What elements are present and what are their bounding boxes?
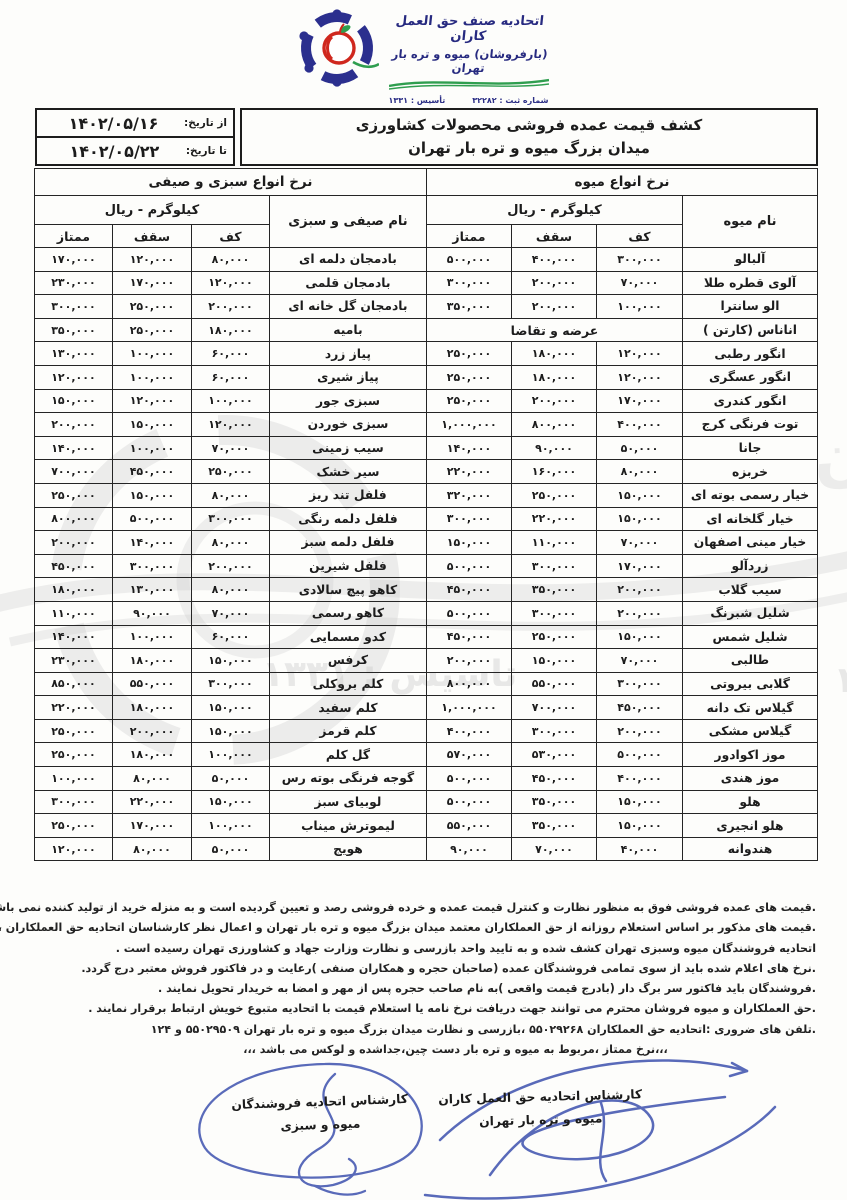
- logo-text-block: اتحادیه صنف حق العمل کاران (بارفروشان) م…: [385, 6, 553, 105]
- veg-name-cell: بامیه: [269, 318, 426, 342]
- veg-floor-price: ۱۲۰,۰۰۰: [191, 413, 269, 437]
- fruit-premium-price: ۱,۰۰۰,۰۰۰: [426, 696, 511, 720]
- veg-ceiling-price: ۲۵۰,۰۰۰: [112, 318, 191, 342]
- veg-ceiling-price: ۲۵۰,۰۰۰: [112, 295, 191, 319]
- fruit-ceiling-price: ۳۰۰,۰۰۰: [512, 554, 597, 578]
- fruit-name-cell: گیلاس مشکی: [683, 719, 818, 743]
- veg-premium-price: ۱۴۰,۰۰۰: [34, 625, 112, 649]
- veg-premium-price: ۴۵۰,۰۰۰: [34, 554, 112, 578]
- price-row: توت فرنگی کرج۴۰۰,۰۰۰۸۰۰,۰۰۰۱,۰۰۰,۰۰۰سبزی…: [34, 413, 817, 437]
- fruit-floor-price: ۱۵۰,۰۰۰: [597, 625, 683, 649]
- fruit-floor-price: ۱۵۰,۰۰۰: [597, 790, 683, 814]
- fruit-premium-price: ۵۰۰,۰۰۰: [426, 767, 511, 791]
- logo-established: تأسیس : ۱۳۳۱: [389, 96, 446, 105]
- veg-premium-price: ۱۴۰,۰۰۰: [34, 436, 112, 460]
- fruit-floor-price: ۵۰۰,۰۰۰: [597, 743, 683, 767]
- veg-premium-price: ۲۵۰,۰۰۰: [34, 483, 112, 507]
- veg-name-cell: فلفل دلمه سبز: [269, 531, 426, 555]
- veg-ceiling-price: ۴۵۰,۰۰۰: [112, 460, 191, 484]
- fruit-name-cell: هلو انجیری: [683, 814, 818, 838]
- fruit-ceiling-price: ۱۱۰,۰۰۰: [512, 531, 597, 555]
- veg-floor-price: ۱۲۰,۰۰۰: [191, 271, 269, 295]
- veg-premium-price: ۲۰۰,۰۰۰: [34, 413, 112, 437]
- veg-floor-price: ۱۰۰,۰۰۰: [191, 389, 269, 413]
- fruit-floor-price: ۷۰,۰۰۰: [597, 649, 683, 673]
- veg-name-cell: سبزی جور: [269, 389, 426, 413]
- fruit-ceiling-price: ۷۰,۰۰۰: [512, 837, 597, 861]
- fruit-premium-price: ۵۵۰,۰۰۰: [426, 814, 511, 838]
- fruit-premium-price: ۴۵۰,۰۰۰: [426, 578, 511, 602]
- veg-floor-price: ۱۰۰,۰۰۰: [191, 814, 269, 838]
- fruit-name-cell: طالبی: [683, 649, 818, 673]
- price-row: انگور عسگری۱۲۰,۰۰۰۱۸۰,۰۰۰۲۵۰,۰۰۰پیاز شیر…: [34, 365, 817, 389]
- price-row: انگور کندری۱۷۰,۰۰۰۲۰۰,۰۰۰۲۵۰,۰۰۰سبزی جور…: [34, 389, 817, 413]
- to-date-label: تا تاریخ:: [186, 145, 227, 157]
- price-row: گلابی بیروتی۳۰۰,۰۰۰۵۵۰,۰۰۰۸۰۰,۰۰۰کلم برو…: [34, 672, 817, 696]
- fruit-name-cell: موز اکوادور: [683, 743, 818, 767]
- fruit-name-cell: هلو: [683, 790, 818, 814]
- fruit-floor-price: ۱۵۰,۰۰۰: [597, 507, 683, 531]
- fruit-ceiling-price: ۲۵۰,۰۰۰: [512, 483, 597, 507]
- fruit-premium-price: ۲۵۰,۰۰۰: [426, 342, 511, 366]
- veg-name-cell: گوجه فرنگی بوته رس: [269, 767, 426, 791]
- fruit-ceiling-price: ۲۰۰,۰۰۰: [512, 389, 597, 413]
- fruit-floor-price: ۱۷۰,۰۰۰: [597, 554, 683, 578]
- veg-ceiling-price: ۸۰,۰۰۰: [112, 837, 191, 861]
- fruit-floor-price: ۷۰,۰۰۰: [597, 271, 683, 295]
- veg-ceiling-price: ۲۰۰,۰۰۰: [112, 719, 191, 743]
- fruit-floor-price: ۱۵۰,۰۰۰: [597, 483, 683, 507]
- veg-premium-price: ۲۵۰,۰۰۰: [34, 743, 112, 767]
- fruit-premium-price: ۳۰۰,۰۰۰: [426, 507, 511, 531]
- document-title-line1: کشف قیمت عمده فروشی محصولات کشاورزی: [356, 114, 703, 137]
- veg-floor-price: ۱۰۰,۰۰۰: [191, 743, 269, 767]
- title-section: کشف قیمت عمده فروشی محصولات کشاورزی میدا…: [35, 108, 818, 166]
- document-page: حق العمل کاران شماره ثبت : ۳۲۲۸۲ تاسیس :…: [0, 0, 847, 1200]
- fruit-premium-header: ممتاز: [426, 225, 511, 248]
- veg-name-cell: سبزی خوردن: [269, 413, 426, 437]
- veg-premium-price: ۱۸۰,۰۰۰: [34, 578, 112, 602]
- price-row: موز اکوادور۵۰۰,۰۰۰۵۳۰,۰۰۰۵۷۰,۰۰۰گل کلم۱۰…: [34, 743, 817, 767]
- fruit-name-cell: انگور عسگری: [683, 365, 818, 389]
- veg-premium-price: ۲۳۰,۰۰۰: [34, 271, 112, 295]
- fruit-ceiling-price: ۳۵۰,۰۰۰: [512, 790, 597, 814]
- veg-floor-price: ۱۵۰,۰۰۰: [191, 719, 269, 743]
- veg-premium-price: ۸۰۰,۰۰۰: [34, 507, 112, 531]
- logo-org-line2: (بارفروشان) میوه و تره بار تهران: [383, 47, 554, 75]
- fruit-ceiling-price: ۴۵۰,۰۰۰: [512, 767, 597, 791]
- price-row: جانا۵۰,۰۰۰۹۰,۰۰۰۱۴۰,۰۰۰سیب زمینی۷۰,۰۰۰۱۰…: [34, 436, 817, 460]
- fruit-floor-price: ۴۰۰,۰۰۰: [597, 413, 683, 437]
- fruit-premium-price: ۲۵۰,۰۰۰: [426, 365, 511, 389]
- note-line: .قیمت های مذکور بر اساس استعلام روزانه ا…: [35, 918, 816, 938]
- price-row: آلوی قطره طلا۷۰,۰۰۰۲۰۰,۰۰۰۳۰۰,۰۰۰بادمجان…: [34, 271, 817, 295]
- fruit-name-cell: اناناس (کارتن ): [683, 318, 818, 342]
- veg-ceiling-price: ۱۰۰,۰۰۰: [112, 365, 191, 389]
- fruit-name-cell: زردآلو: [683, 554, 818, 578]
- veg-premium-price: ۲۵۰,۰۰۰: [34, 719, 112, 743]
- fruit-floor-price: ۱۰۰,۰۰۰: [597, 295, 683, 319]
- price-row: گیلاس مشکی۲۰۰,۰۰۰۳۰۰,۰۰۰۴۰۰,۰۰۰کلم قرمز۱…: [34, 719, 817, 743]
- price-row: خیار رسمی بوته ای۱۵۰,۰۰۰۲۵۰,۰۰۰۳۲۰,۰۰۰فل…: [34, 483, 817, 507]
- veg-name-cell: پیاز زرد: [269, 342, 426, 366]
- document-title-box: کشف قیمت عمده فروشی محصولات کشاورزی میدا…: [240, 108, 818, 166]
- to-date-row: تا تاریخ: ۱۴۰۲/۰۵/۲۲: [37, 136, 233, 164]
- price-row: سیب گلاب۲۰۰,۰۰۰۳۵۰,۰۰۰۴۵۰,۰۰۰کاهو پیچ سا…: [34, 578, 817, 602]
- veg-ceiling-price: ۱۴۰,۰۰۰: [112, 531, 191, 555]
- note-line: .فروشندگان باید فاکتور سر برگ دار (بادرج…: [35, 979, 816, 999]
- veg-ceiling-price: ۱۸۰,۰۰۰: [112, 743, 191, 767]
- veg-ceiling-price: ۲۲۰,۰۰۰: [112, 790, 191, 814]
- veg-floor-price: ۳۰۰,۰۰۰: [191, 672, 269, 696]
- fruit-name-cell: آلبالو: [683, 248, 818, 272]
- veg-floor-price: ۱۵۰,۰۰۰: [191, 696, 269, 720]
- notes-list: .قیمت های عمده فروشی فوق به منظور نظارت …: [35, 898, 816, 1060]
- fruit-premium-price: ۳۲۰,۰۰۰: [426, 483, 511, 507]
- fruit-name-cell: خیار رسمی بوته ای: [683, 483, 818, 507]
- fruit-ceiling-price: ۵۵۰,۰۰۰: [512, 672, 597, 696]
- fruit-ceiling-price: ۲۲۰,۰۰۰: [512, 507, 597, 531]
- veg-floor-price: ۵۰,۰۰۰: [191, 767, 269, 791]
- veg-premium-price: ۱۰۰,۰۰۰: [34, 767, 112, 791]
- veg-floor-price: ۸۰,۰۰۰: [191, 578, 269, 602]
- veg-floor-price: ۱۵۰,۰۰۰: [191, 649, 269, 673]
- left-signature-label: کارشناس اتحادیه فروشندگان میوه و سبزی: [214, 1091, 425, 1135]
- note-line: .قیمت های عمده فروشی فوق به منظور نظارت …: [35, 898, 816, 918]
- fruit-premium-price: ۸۰۰,۰۰۰: [426, 672, 511, 696]
- veg-ceiling-price: ۱۸۰,۰۰۰: [112, 696, 191, 720]
- veg-name-cell: بادمجان گل خانه ای: [269, 295, 426, 319]
- veg-ceiling-price: ۱۵۰,۰۰۰: [112, 413, 191, 437]
- veg-name-cell: لوبیای سبز: [269, 790, 426, 814]
- fruit-ceiling-price: ۲۵۰,۰۰۰: [512, 625, 597, 649]
- price-row: زردآلو۱۷۰,۰۰۰۳۰۰,۰۰۰۵۰۰,۰۰۰فلفل شیرین۲۰۰…: [34, 554, 817, 578]
- veg-floor-price: ۶۰,۰۰۰: [191, 342, 269, 366]
- veg-floor-price: ۶۰,۰۰۰: [191, 365, 269, 389]
- fruit-ceiling-price: ۳۰۰,۰۰۰: [512, 719, 597, 743]
- fruit-ceiling-price: ۲۰۰,۰۰۰: [512, 295, 597, 319]
- fruit-premium-price: ۲۲۰,۰۰۰: [426, 460, 511, 484]
- veg-floor-price: ۱۸۰,۰۰۰: [191, 318, 269, 342]
- price-row: خیار گلخانه ای۱۵۰,۰۰۰۲۲۰,۰۰۰۳۰۰,۰۰۰فلفل …: [34, 507, 817, 531]
- fruit-premium-price: ۱۵۰,۰۰۰: [426, 531, 511, 555]
- veg-premium-price: ۱۲۰,۰۰۰: [34, 837, 112, 861]
- fruit-ceiling-price: ۱۵۰,۰۰۰: [512, 649, 597, 673]
- fruit-premium-price: ۳۰۰,۰۰۰: [426, 271, 511, 295]
- veg-name-cell: بادمجان قلمی: [269, 271, 426, 295]
- fruit-ceiling-price: ۵۳۰,۰۰۰: [512, 743, 597, 767]
- fruit-ceiling-price: ۱۶۰,۰۰۰: [512, 460, 597, 484]
- fruit-floor-price: ۵۰,۰۰۰: [597, 436, 683, 460]
- veg-floor-price: ۸۰,۰۰۰: [191, 248, 269, 272]
- fruit-name-cell: جانا: [683, 436, 818, 460]
- veg-premium-price: ۳۵۰,۰۰۰: [34, 318, 112, 342]
- svg-text:شماره ثبت : ۳۲۲۸۲: شماره ثبت : ۳۲۲۸۲: [838, 660, 847, 701]
- fruit-ceiling-price: ۱۸۰,۰۰۰: [512, 365, 597, 389]
- veg-premium-price: ۲۰۰,۰۰۰: [34, 531, 112, 555]
- price-table-body: آلبالو۳۰۰,۰۰۰۴۰۰,۰۰۰۵۰۰,۰۰۰بادمجان دلمه …: [34, 248, 817, 861]
- fruit-name-cell: الو سانترا: [683, 295, 818, 319]
- fruit-ceiling-price: ۳۵۰,۰۰۰: [512, 578, 597, 602]
- fruit-floor-price: ۱۵۰,۰۰۰: [597, 814, 683, 838]
- fruit-name-cell: انگور رطبی: [683, 342, 818, 366]
- veg-premium-price: ۲۳۰,۰۰۰: [34, 649, 112, 673]
- veg-ceiling-price: ۱۷۰,۰۰۰: [112, 814, 191, 838]
- veg-premium-header: ممتاز: [34, 225, 112, 248]
- veg-name-cell: فلفل دلمه رنگی: [269, 507, 426, 531]
- fruit-premium-price: ۹۰,۰۰۰: [426, 837, 511, 861]
- veg-premium-price: ۱۲۰,۰۰۰: [34, 365, 112, 389]
- fruit-ceiling-price: ۹۰,۰۰۰: [512, 436, 597, 460]
- price-row: خربزه۸۰,۰۰۰۱۶۰,۰۰۰۲۲۰,۰۰۰سیر خشک۲۵۰,۰۰۰۴…: [34, 460, 817, 484]
- logo-org-line1: اتحادیه صنف حق العمل کاران: [383, 14, 554, 44]
- veg-ceiling-price: ۹۰,۰۰۰: [112, 601, 191, 625]
- veg-ceiling-price: ۵۵۰,۰۰۰: [112, 672, 191, 696]
- union-logo: اتحادیه صنف حق العمل کاران (بارفروشان) م…: [0, 6, 847, 98]
- veg-floor-price: ۳۰۰,۰۰۰: [191, 507, 269, 531]
- price-row: هلو انجیری۱۵۰,۰۰۰۳۵۰,۰۰۰۵۵۰,۰۰۰لیموترش م…: [34, 814, 817, 838]
- veg-ceiling-price: ۱۷۰,۰۰۰: [112, 271, 191, 295]
- price-row: طالبی۷۰,۰۰۰۱۵۰,۰۰۰۲۰۰,۰۰۰کرفس۱۵۰,۰۰۰۱۸۰,…: [34, 649, 817, 673]
- veg-premium-price: ۳۰۰,۰۰۰: [34, 790, 112, 814]
- veg-ceiling-price: ۱۰۰,۰۰۰: [112, 436, 191, 460]
- veg-ceiling-price: ۸۰,۰۰۰: [112, 767, 191, 791]
- fruit-ceiling-price: ۷۰۰,۰۰۰: [512, 696, 597, 720]
- veg-name-cell: بادمجان دلمه ای: [269, 248, 426, 272]
- veg-premium-price: ۱۷۰,۰۰۰: [34, 248, 112, 272]
- veg-name-cell: پیاز شیری: [269, 365, 426, 389]
- veg-premium-price: ۲۵۰,۰۰۰: [34, 814, 112, 838]
- fruit-unit-header: کیلوگرم - ریال: [426, 196, 682, 225]
- veg-floor-price: ۵۰,۰۰۰: [191, 837, 269, 861]
- price-row: موز هندی۴۰۰,۰۰۰۴۵۰,۰۰۰۵۰۰,۰۰۰گوجه فرنگی …: [34, 767, 817, 791]
- veg-ceiling-header: سقف: [112, 225, 191, 248]
- fruit-floor-header: کف: [597, 225, 683, 248]
- veg-ceiling-price: ۱۵۰,۰۰۰: [112, 483, 191, 507]
- fruit-floor-price: ۱۲۰,۰۰۰: [597, 342, 683, 366]
- supply-demand-cell: عرضه و تقاضا: [426, 318, 682, 342]
- fruit-premium-price: ۳۵۰,۰۰۰: [426, 295, 511, 319]
- fruit-name-cell: توت فرنگی کرج: [683, 413, 818, 437]
- from-date-row: از تاریخ: ۱۴۰۲/۰۵/۱۶: [37, 110, 233, 136]
- fruit-floor-price: ۷۰,۰۰۰: [597, 531, 683, 555]
- price-row: شلیل شمس۱۵۰,۰۰۰۲۵۰,۰۰۰۴۵۰,۰۰۰کدو مسمایی۶…: [34, 625, 817, 649]
- note-line: .نرخ های اعلام شده باید از سوی تمامی فرو…: [35, 959, 816, 979]
- veg-floor-price: ۱۵۰,۰۰۰: [191, 790, 269, 814]
- fruit-floor-price: ۱۲۰,۰۰۰: [597, 365, 683, 389]
- veg-name-cell: کلم بروکلی: [269, 672, 426, 696]
- veg-ceiling-price: ۱۳۰,۰۰۰: [112, 578, 191, 602]
- note-line: .حق العملکاران و میوه فروشان محترم می تو…: [35, 999, 816, 1019]
- veg-floor-header: کف: [191, 225, 269, 248]
- veg-premium-price: ۲۲۰,۰۰۰: [34, 696, 112, 720]
- date-range-box: از تاریخ: ۱۴۰۲/۰۵/۱۶ تا تاریخ: ۱۴۰۲/۰۵/۲…: [35, 108, 235, 166]
- veg-name-cell: فلفل شیرین: [269, 554, 426, 578]
- document-title-line2: میدان بزرگ میوه و تره بار تهران: [408, 137, 650, 160]
- fruit-floor-price: ۳۰۰,۰۰۰: [597, 248, 683, 272]
- right-signature-label: کارشناس اتحادیه حق العمل کاران میوه و تر…: [428, 1087, 654, 1130]
- fruit-floor-price: ۳۰۰,۰۰۰: [597, 672, 683, 696]
- note-line: اتحادیه فروشندگان میوه وسبزی تهران کشف ش…: [35, 939, 816, 959]
- veg-floor-price: ۲۵۰,۰۰۰: [191, 460, 269, 484]
- fruit-ceiling-price: ۳۰۰,۰۰۰: [512, 601, 597, 625]
- signature-section: کارشناس اتحادیه حق العمل کاران میوه و تر…: [0, 1045, 847, 1200]
- veg-ceiling-price: ۳۰۰,۰۰۰: [112, 554, 191, 578]
- veg-floor-price: ۲۰۰,۰۰۰: [191, 554, 269, 578]
- fruit-name-cell: گلابی بیروتی: [683, 672, 818, 696]
- fruit-floor-price: ۱۷۰,۰۰۰: [597, 389, 683, 413]
- veg-name-cell: کلم سفید: [269, 696, 426, 720]
- veg-floor-price: ۸۰,۰۰۰: [191, 531, 269, 555]
- veg-ceiling-price: ۱۲۰,۰۰۰: [112, 248, 191, 272]
- veg-name-cell: فلفل تند ریز: [269, 483, 426, 507]
- fruit-floor-price: ۲۰۰,۰۰۰: [597, 578, 683, 602]
- fruit-ceiling-price: ۴۰۰,۰۰۰: [512, 248, 597, 272]
- veg-ceiling-price: ۱۰۰,۰۰۰: [112, 342, 191, 366]
- fruit-name-column-header: نام میوه: [683, 196, 818, 248]
- price-row: هندوانه۴۰,۰۰۰۷۰,۰۰۰۹۰,۰۰۰هویج۵۰,۰۰۰۸۰,۰۰…: [34, 837, 817, 861]
- price-row: الو سانترا۱۰۰,۰۰۰۲۰۰,۰۰۰۳۵۰,۰۰۰بادمجان گ…: [34, 295, 817, 319]
- price-row: آلبالو۳۰۰,۰۰۰۴۰۰,۰۰۰۵۰۰,۰۰۰بادمجان دلمه …: [34, 248, 817, 272]
- veg-name-cell: کاهو پیچ سالادی: [269, 578, 426, 602]
- veg-floor-price: ۶۰,۰۰۰: [191, 625, 269, 649]
- veg-ceiling-price: ۱۸۰,۰۰۰: [112, 649, 191, 673]
- logo-registration: شماره ثبت : ۳۲۲۸۲: [472, 96, 548, 105]
- fruit-section-header: نرخ انواع میوه: [426, 169, 817, 196]
- price-row: اناناس (کارتن )عرضه و تقاضابامیه۱۸۰,۰۰۰۲…: [34, 318, 817, 342]
- fruit-ceiling-price: ۱۸۰,۰۰۰: [512, 342, 597, 366]
- price-row: شلیل شبرنگ۲۰۰,۰۰۰۳۰۰,۰۰۰۵۰۰,۰۰۰کاهو رسمی…: [34, 601, 817, 625]
- veg-section-header: نرخ انواع سبزی و صیفی: [34, 169, 426, 196]
- veg-ceiling-price: ۱۰۰,۰۰۰: [112, 625, 191, 649]
- veg-name-cell: کاهو رسمی: [269, 601, 426, 625]
- fruit-ceiling-price: ۸۰۰,۰۰۰: [512, 413, 597, 437]
- fruit-name-cell: آلوی قطره طلا: [683, 271, 818, 295]
- fruit-name-cell: سیب گلاب: [683, 578, 818, 602]
- price-row: هلو۱۵۰,۰۰۰۳۵۰,۰۰۰۵۰۰,۰۰۰لوبیای سبز۱۵۰,۰۰…: [34, 790, 817, 814]
- fruit-ceiling-header: سقف: [512, 225, 597, 248]
- fruit-premium-price: ۵۰۰,۰۰۰: [426, 248, 511, 272]
- union-emblem-icon: [295, 6, 379, 90]
- price-row: انگور رطبی۱۲۰,۰۰۰۱۸۰,۰۰۰۲۵۰,۰۰۰پیاز زرد۶…: [34, 342, 817, 366]
- from-date-label: از تاریخ:: [184, 117, 227, 129]
- fruit-name-cell: گیلاس تک دانه: [683, 696, 818, 720]
- fruit-name-cell: هندوانه: [683, 837, 818, 861]
- veg-premium-price: ۱۱۰,۰۰۰: [34, 601, 112, 625]
- veg-ceiling-price: ۵۰۰,۰۰۰: [112, 507, 191, 531]
- veg-name-cell: گل کلم: [269, 743, 426, 767]
- fruit-name-cell: خیار مینی اصفهان: [683, 531, 818, 555]
- fruit-premium-price: ۵۰۰,۰۰۰: [426, 790, 511, 814]
- veg-name-cell: کرفس: [269, 649, 426, 673]
- veg-name-cell: هویج: [269, 837, 426, 861]
- veg-unit-header: کیلوگرم - ریال: [34, 196, 269, 225]
- fruit-floor-price: ۴۰,۰۰۰: [597, 837, 683, 861]
- fruit-premium-price: ۵۰۰,۰۰۰: [426, 601, 511, 625]
- veg-name-cell: سیب زمینی: [269, 436, 426, 460]
- fruit-name-cell: شلیل شبرنگ: [683, 601, 818, 625]
- fruit-premium-price: ۱۴۰,۰۰۰: [426, 436, 511, 460]
- veg-name-cell: کلم قرمز: [269, 719, 426, 743]
- veg-premium-price: ۱۳۰,۰۰۰: [34, 342, 112, 366]
- fruit-floor-price: ۴۵۰,۰۰۰: [597, 696, 683, 720]
- fruit-premium-price: ۵۷۰,۰۰۰: [426, 743, 511, 767]
- veg-ceiling-price: ۱۲۰,۰۰۰: [112, 389, 191, 413]
- fruit-premium-price: ۵۰۰,۰۰۰: [426, 554, 511, 578]
- price-table-header: نرخ انواع میوه نرخ انواع سبزی و صیفی نام…: [34, 169, 817, 248]
- fruit-floor-price: ۴۰۰,۰۰۰: [597, 767, 683, 791]
- fruit-premium-price: ۴۰۰,۰۰۰: [426, 719, 511, 743]
- fruit-floor-price: ۲۰۰,۰۰۰: [597, 601, 683, 625]
- note-line: .تلفن های ضروری :اتحادیه حق العملکاران ۵…: [35, 1020, 816, 1040]
- fruit-premium-price: ۱,۰۰۰,۰۰۰: [426, 413, 511, 437]
- veg-floor-price: ۷۰,۰۰۰: [191, 601, 269, 625]
- veg-name-cell: لیموترش میناب: [269, 814, 426, 838]
- fruit-ceiling-price: ۲۰۰,۰۰۰: [512, 271, 597, 295]
- fruit-premium-price: ۴۵۰,۰۰۰: [426, 625, 511, 649]
- price-row: گیلاس تک دانه۴۵۰,۰۰۰۷۰۰,۰۰۰۱,۰۰۰,۰۰۰کلم …: [34, 696, 817, 720]
- fruit-name-cell: شلیل شمس: [683, 625, 818, 649]
- price-table: نرخ انواع میوه نرخ انواع سبزی و صیفی نام…: [34, 168, 818, 861]
- fruit-name-cell: خیار گلخانه ای: [683, 507, 818, 531]
- veg-premium-price: ۷۰۰,۰۰۰: [34, 460, 112, 484]
- veg-name-cell: سیر خشک: [269, 460, 426, 484]
- fruit-name-cell: خربزه: [683, 460, 818, 484]
- veg-premium-price: ۸۵۰,۰۰۰: [34, 672, 112, 696]
- from-date-value: ۱۴۰۲/۰۵/۱۶: [43, 114, 184, 133]
- fruit-floor-price: ۸۰,۰۰۰: [597, 460, 683, 484]
- fruit-premium-price: ۲۰۰,۰۰۰: [426, 649, 511, 673]
- fruit-floor-price: ۲۰۰,۰۰۰: [597, 719, 683, 743]
- to-date-value: ۱۴۰۲/۰۵/۲۲: [43, 142, 186, 161]
- veg-floor-price: ۸۰,۰۰۰: [191, 483, 269, 507]
- fruit-ceiling-price: ۳۵۰,۰۰۰: [512, 814, 597, 838]
- veg-premium-price: ۳۰۰,۰۰۰: [34, 295, 112, 319]
- fruit-name-cell: موز هندی: [683, 767, 818, 791]
- price-row: خیار مینی اصفهان۷۰,۰۰۰۱۱۰,۰۰۰۱۵۰,۰۰۰فلفل…: [34, 531, 817, 555]
- veg-premium-price: ۱۵۰,۰۰۰: [34, 389, 112, 413]
- veg-name-column-header: نام صیفی و سبزی: [269, 196, 426, 248]
- veg-floor-price: ۲۰۰,۰۰۰: [191, 295, 269, 319]
- fruit-premium-price: ۲۵۰,۰۰۰: [426, 389, 511, 413]
- veg-name-cell: کدو مسمایی: [269, 625, 426, 649]
- veg-floor-price: ۷۰,۰۰۰: [191, 436, 269, 460]
- logo-registration-row: شماره ثبت : ۳۲۲۸۲ تأسیس : ۱۳۳۱: [385, 96, 553, 105]
- fruit-name-cell: انگور کندری: [683, 389, 818, 413]
- logo-swoosh-icon: [389, 77, 549, 90]
